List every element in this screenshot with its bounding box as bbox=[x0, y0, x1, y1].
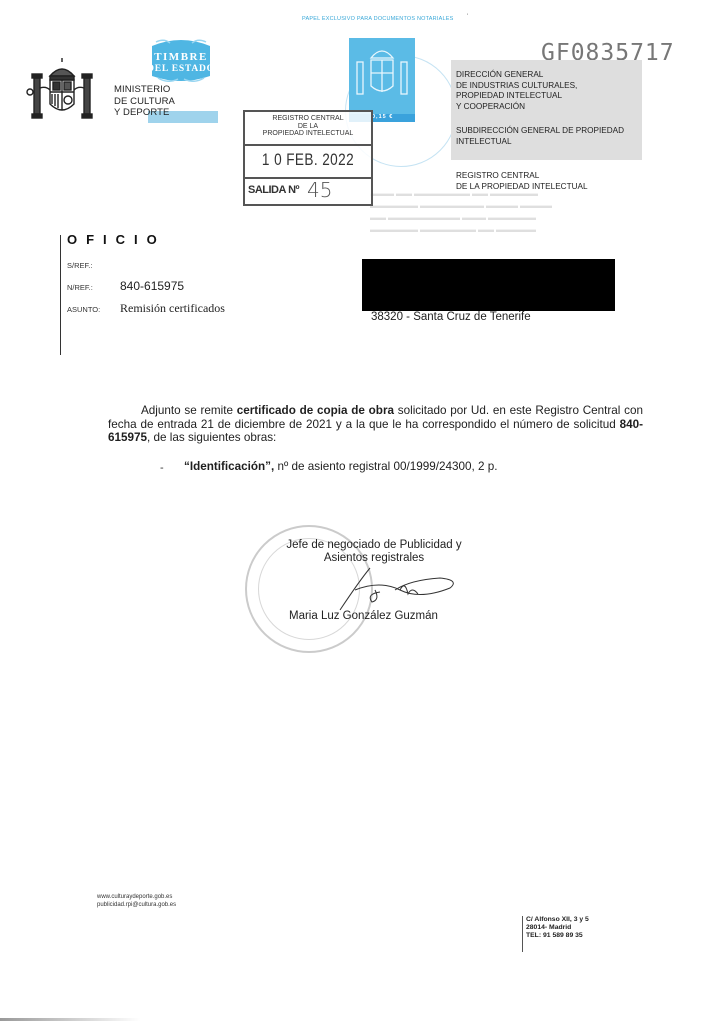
asunto-label: ASUNTO: bbox=[67, 305, 100, 314]
sref-label: S/REF.: bbox=[67, 261, 92, 270]
subdirection-line: SUBDIRECCIÓN GENERAL DE PROPIEDAD bbox=[456, 126, 624, 137]
address-line: 28014- Madrid bbox=[526, 924, 589, 932]
timbre-del-estado-seal: TIMBRE DEL ESTADO bbox=[148, 38, 214, 82]
revenue-stamp bbox=[349, 38, 415, 120]
notarial-paper-notice: PAPEL EXCLUSIVO PARA DOCUMENTOS NOTARIAL… bbox=[302, 16, 453, 22]
svg-text:TIMBRE: TIMBRE bbox=[154, 51, 208, 63]
registry-stamp-line: REGISTRO CENTRAL bbox=[245, 115, 371, 123]
stamp-coat-of-arms-icon bbox=[349, 38, 415, 114]
footer-address: C/ Alfonso XII, 3 y 5 28014- Madrid TEL:… bbox=[526, 916, 589, 939]
work-details: nº de asiento registral 00/1999/24300, 2… bbox=[274, 460, 497, 473]
directorate-line: Y COOPERACIÓN bbox=[456, 102, 577, 113]
email-link[interactable]: publicidad.rpi@cultura.gob.es bbox=[97, 901, 176, 909]
footer-contact: www.culturaydeporte.gob.es publicidad.rp… bbox=[97, 893, 176, 909]
ministry-line: MINISTERIO bbox=[114, 84, 175, 96]
address-line: C/ Alfonso XII, 3 y 5 bbox=[526, 916, 589, 924]
signatory-name: Maria Luz González Guzmán bbox=[289, 610, 438, 622]
bullet-marker: - bbox=[160, 462, 164, 474]
bleed-through-text: ▬▬▬ ▬▬ ▬▬▬▬▬▬▬ ▬▬ ▬▬▬▬▬▬▬▬▬▬▬▬ ▬▬▬▬▬▬▬▬ … bbox=[370, 188, 710, 236]
ministry-name: MINISTERIO DE CULTURA Y DEPORTE bbox=[114, 84, 175, 119]
stamp-value: 0,15 € bbox=[372, 114, 393, 120]
body-text: , de las siguientes obras: bbox=[147, 431, 276, 444]
scan-mark: ' bbox=[467, 14, 468, 20]
oficio-margin-line bbox=[60, 235, 61, 355]
subdirection-line: INTELECTUAL bbox=[456, 137, 624, 148]
website-link[interactable]: www.culturaydeporte.gob.es bbox=[97, 893, 176, 901]
subdirection: SUBDIRECCIÓN GENERAL DE PROPIEDAD INTELE… bbox=[456, 126, 624, 147]
footer-divider bbox=[522, 916, 523, 952]
registry-stamp-line: DE LA bbox=[245, 123, 371, 131]
phone-number: TEL: 91 589 89 35 bbox=[526, 932, 589, 940]
registry-stamp-line: PROPIEDAD INTELECTUAL bbox=[245, 130, 371, 138]
body-bold: certificado de copia de obra bbox=[237, 404, 394, 417]
registry-line: REGISTRO CENTRAL bbox=[456, 171, 588, 182]
ministry-line: Y DEPORTE bbox=[114, 107, 175, 119]
directorate-general: DIRECCIÓN GENERAL DE INDUSTRIAS CULTURAL… bbox=[456, 70, 577, 112]
body-paragraph: Adjunto se remite certificado de copia d… bbox=[108, 404, 643, 445]
redacted-recipient-address bbox=[362, 259, 615, 311]
nref-value: 840-615975 bbox=[120, 279, 184, 293]
directorate-line: PROPIEDAD INTELECTUAL bbox=[456, 91, 577, 102]
directorate-line: DIRECCIÓN GENERAL bbox=[456, 70, 577, 81]
work-list-item: “Identificación”, nº de asiento registra… bbox=[184, 460, 498, 473]
stamp-date: 1 0 FEB. 2022 bbox=[258, 150, 359, 170]
body-text: Adjunto se remite bbox=[141, 404, 237, 417]
recipient-city: 38320 - Santa Cruz de Tenerife bbox=[371, 311, 531, 323]
salida-number: 45 bbox=[307, 178, 332, 202]
registry-entry-stamp: REGISTRO CENTRAL DE LA PROPIEDAD INTELEC… bbox=[243, 110, 373, 206]
scan-edge-shadow bbox=[0, 1018, 140, 1021]
asunto-value: Remisión certificados bbox=[120, 301, 225, 316]
directorate-line: DE INDUSTRIAS CULTURALES, bbox=[456, 81, 577, 92]
stamp-divider bbox=[245, 144, 371, 146]
work-title: “Identificación”, bbox=[184, 460, 274, 473]
coat-of-arms-icon bbox=[26, 58, 98, 130]
svg-text:DEL ESTADO: DEL ESTADO bbox=[148, 64, 214, 74]
registry-stamp-header: REGISTRO CENTRAL DE LA PROPIEDAD INTELEC… bbox=[245, 115, 371, 138]
signatory-title-line: Jefe de negociado de Publicidad y bbox=[276, 539, 472, 552]
ministry-line: DE CULTURA bbox=[114, 96, 175, 108]
nref-label: N/REF.: bbox=[67, 283, 93, 292]
salida-label: SALIDA Nº bbox=[248, 184, 299, 196]
oficio-title: OFICIO bbox=[67, 232, 166, 247]
